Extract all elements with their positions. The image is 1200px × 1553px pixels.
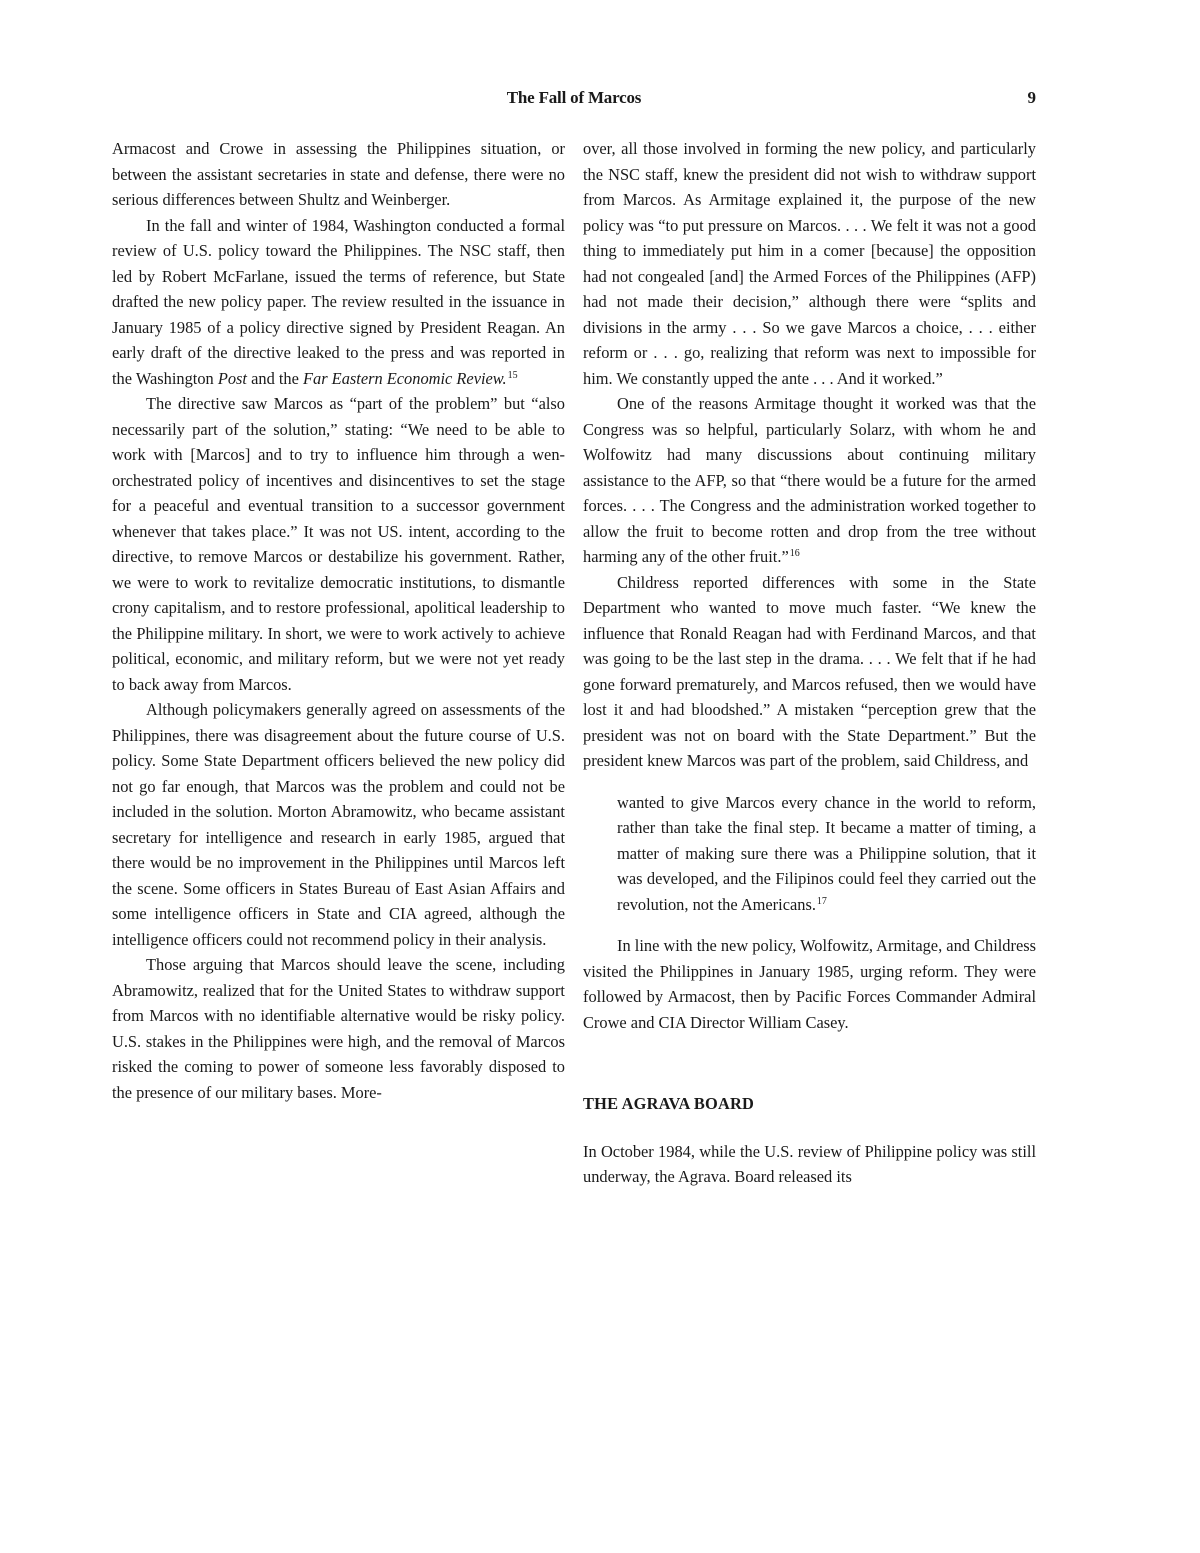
footnote-marker: 17 <box>817 896 827 907</box>
footnote-marker: 15 <box>508 370 518 381</box>
paragraph-text: and the <box>251 369 299 388</box>
paragraph-childress: Childress reported differences with some… <box>583 570 1036 774</box>
left-column: Armacost and Crowe in assessing the Phil… <box>112 136 565 1105</box>
publication-title: Post <box>218 369 247 388</box>
paragraph-continuation: over, all those involved in forming the … <box>583 136 1036 391</box>
paragraph-disagreement: Although policymakers generally agreed o… <box>112 697 565 952</box>
paragraph-agrava: In October 1984, while the U.S. review o… <box>583 1139 1036 1190</box>
section-heading: THE AGRAVA BOARD <box>583 1091 1036 1117</box>
right-column: over, all those involved in forming the … <box>583 136 1036 1190</box>
block-quote: wanted to give Marcos every chance in th… <box>617 790 1036 918</box>
paragraph-directive: The directive saw Marcos as “part of the… <box>112 391 565 697</box>
running-head: The Fall of Marcos 9 <box>112 88 1036 116</box>
footnote-marker: 16 <box>790 548 800 559</box>
paragraph-armitage: One of the reasons Armitage thought it w… <box>583 391 1036 570</box>
paragraph-risk: Those arguing that Marcos should leave t… <box>112 952 565 1105</box>
paragraph-text: One of the reasons Armitage thought it w… <box>583 394 1036 566</box>
paragraph-policy-review: In the fall and winter of 1984, Washingt… <box>112 213 565 392</box>
publication-title: Far Eastern Economic Review. <box>303 369 507 388</box>
paragraph-continuation: Armacost and Crowe in assessing the Phil… <box>112 136 565 213</box>
running-title: The Fall of Marcos <box>112 88 1036 108</box>
page-number: 9 <box>1028 88 1037 108</box>
paragraph-text: In the fall and winter of 1984, Washingt… <box>112 216 565 388</box>
paragraph-visits: In line with the new policy, Wolfowitz, … <box>583 933 1036 1035</box>
